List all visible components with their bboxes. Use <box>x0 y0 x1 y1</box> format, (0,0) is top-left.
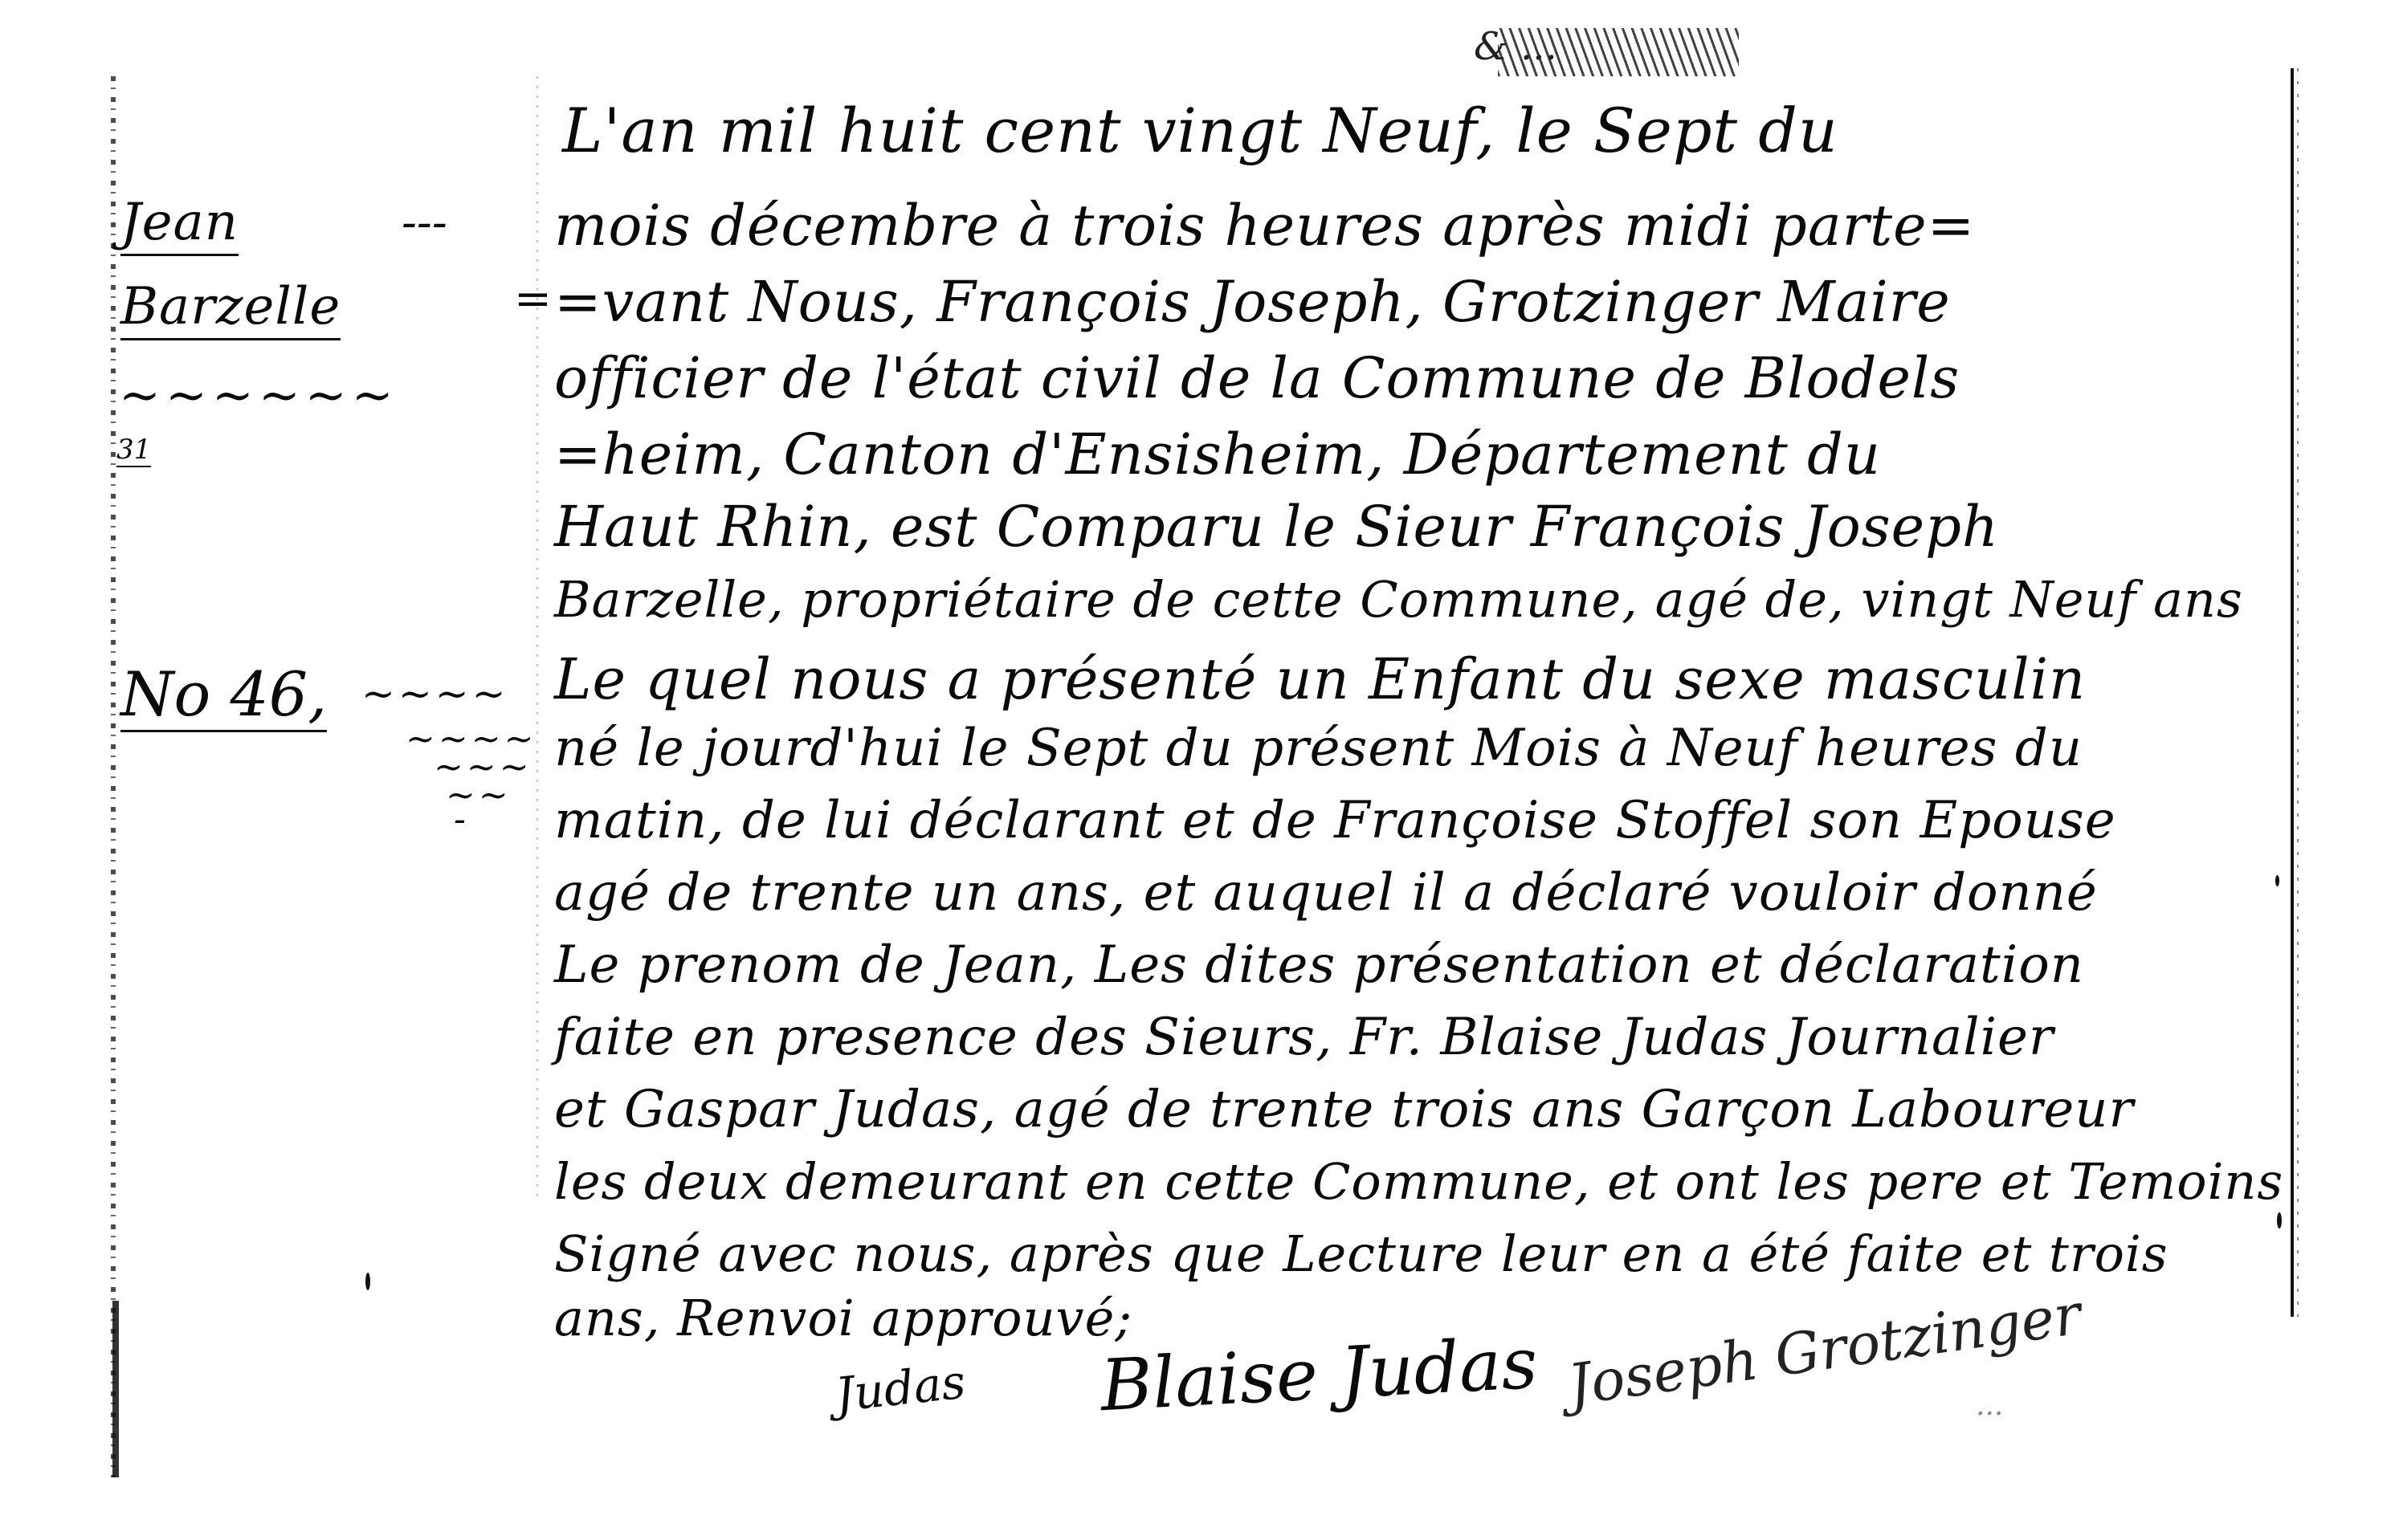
text-line-4: officier de l'état civil de la Commune d… <box>554 345 1960 411</box>
margin-given-name: Jean <box>120 193 239 252</box>
act-number-filler: ~~~~ <box>361 670 509 717</box>
text-line-12: Le prenom de Jean, Les dites présentatio… <box>554 935 2084 995</box>
signature-mayor: Joseph Grotzinger <box>1564 1281 2085 1419</box>
text-line-16: Signé avec nous, après que Lecture leur … <box>554 1224 2168 1283</box>
overscript-text: & ... <box>1474 24 1557 69</box>
margin-column-divider <box>537 76 538 1200</box>
margin-surname: Barzelle <box>120 277 341 336</box>
left-page-edge-shadow <box>112 1301 119 1477</box>
surname-text: Barzelle <box>120 277 341 340</box>
scanned-register-page: & ... Jean --- Barzelle = ~~~~~~ 31 No 4… <box>0 0 2399 1540</box>
scan-speck <box>2275 875 2279 886</box>
right-page-border <box>2291 68 2294 1317</box>
text-line-9: né le jourd'hui le Sept du présent Mois … <box>554 719 2083 778</box>
text-line-1: L'an mil huit cent vingt Neuf, le Sept d… <box>562 95 1838 166</box>
act-number-text: No 46, <box>120 658 327 732</box>
text-line-5: =heim, Canton d'Ensisheim, Département d… <box>554 422 1881 487</box>
text-line-3: =vant Nous, François Joseph, Grotzinger … <box>554 269 1951 335</box>
margin-filler-equals: = <box>514 273 552 325</box>
margin-wave-filler: ~~~~~~ <box>119 365 398 424</box>
text-line-7: Barzelle, propriétaire de cette Commune,… <box>554 570 2243 629</box>
text-line-10: matin, de lui déclarant et de Françoise … <box>554 791 2116 850</box>
act-wave-row-4: - <box>454 799 469 840</box>
text-line-13: faite en presence des Sieurs, Fr. Blaise… <box>554 1008 2054 1067</box>
text-line-8: Le quel nous a présenté un Enfant du sex… <box>554 646 2086 712</box>
left-page-edge <box>111 76 116 1477</box>
text-line-11: agé de trente un ans, et auquel il a déc… <box>554 863 2098 923</box>
right-page-border-shadow <box>2297 68 2299 1317</box>
margin-small-note: 31 <box>116 434 151 467</box>
act-number: No 46, <box>120 658 327 730</box>
signature-faint: ... <box>1976 1389 2003 1422</box>
text-line-2: mois décembre à trois heures après midi … <box>554 193 1975 259</box>
signature-blaise-judas: Blaise Judas <box>1099 1322 1540 1427</box>
scan-speck <box>365 1273 370 1290</box>
text-line-15: les deux demeurant en cette Commune, et … <box>554 1152 2283 1211</box>
signature-judas: Judas <box>833 1355 968 1423</box>
text-line-17: ans, Renvoi approuvé; <box>554 1289 1132 1347</box>
scan-speck <box>2277 1212 2282 1228</box>
margin-filler-dashes: --- <box>402 197 447 249</box>
text-line-6: Haut Rhin, est Comparu le Sieur François… <box>554 494 1999 560</box>
text-line-14: et Gaspar Judas, agé de trente trois ans… <box>554 1080 2134 1139</box>
given-name-text: Jean <box>120 193 239 256</box>
